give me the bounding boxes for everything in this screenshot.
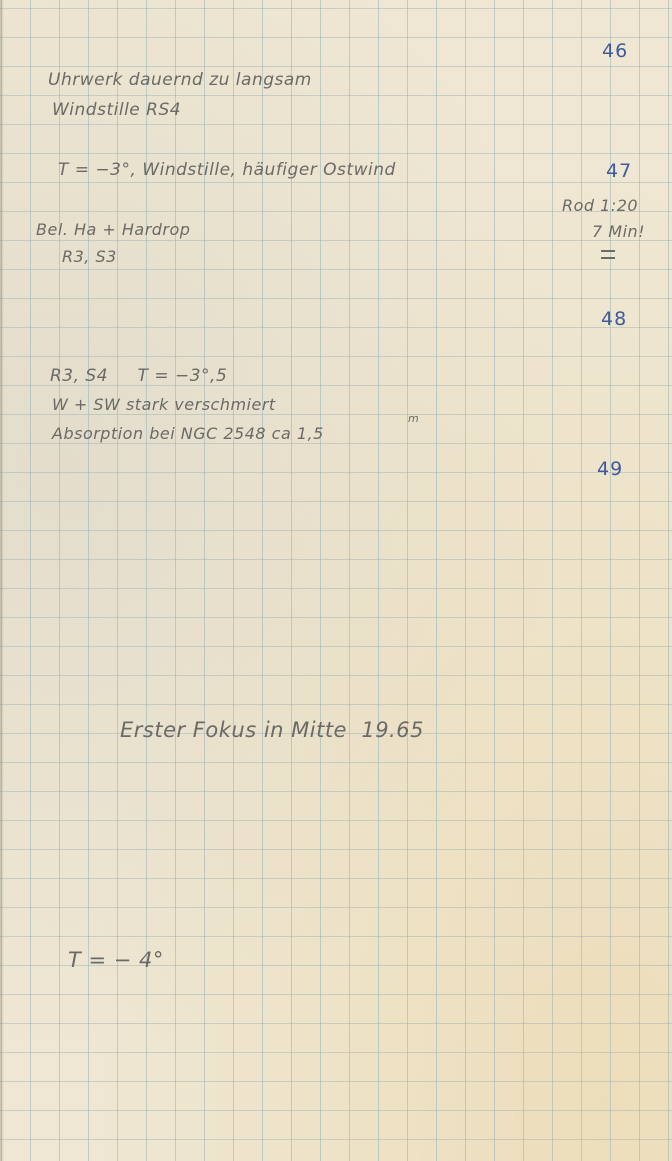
note-windstille-rs4: Windstille RS4 [52,100,181,120]
page-number-49: 49 [597,458,623,480]
note-temp-minus4: T = − 4° [68,948,164,972]
magnitude-superscript: m [408,412,419,425]
note-w-sw-smeared: W + SW stark verschmiert [52,395,276,414]
note-absorption-ngc2548: Absorption bei NGC 2548 ca 1,5 [52,424,324,443]
page-binding-edge [0,0,4,1161]
page-number-47: 47 [606,160,632,182]
note-first-focus: Erster Fokus in Mitte 19.65 [120,718,424,742]
note-temp-minus3: T = −3°, Windstille, häufiger Ostwind [58,160,396,180]
note-r3-s3: R3, S3 [62,247,117,266]
note-clock-slow: Uhrwerk dauernd zu langsam [48,70,312,90]
margin-note-7-min: 7 Min! [592,222,645,241]
notebook-page: 46 47 48 49 Uhrwerk dauernd zu langsam W… [0,0,672,1161]
page-number-48: 48 [601,308,627,330]
note-r3-s4-temp: R3, S4 T = −3°,5 [50,366,227,386]
page-number-46: 46 [602,40,628,62]
double-underline-mark [601,250,615,259]
note-bel-ha-hardrop: Bel. Ha + Hardrop [36,220,190,239]
margin-note-rod: Rod 1:20 [562,196,638,215]
